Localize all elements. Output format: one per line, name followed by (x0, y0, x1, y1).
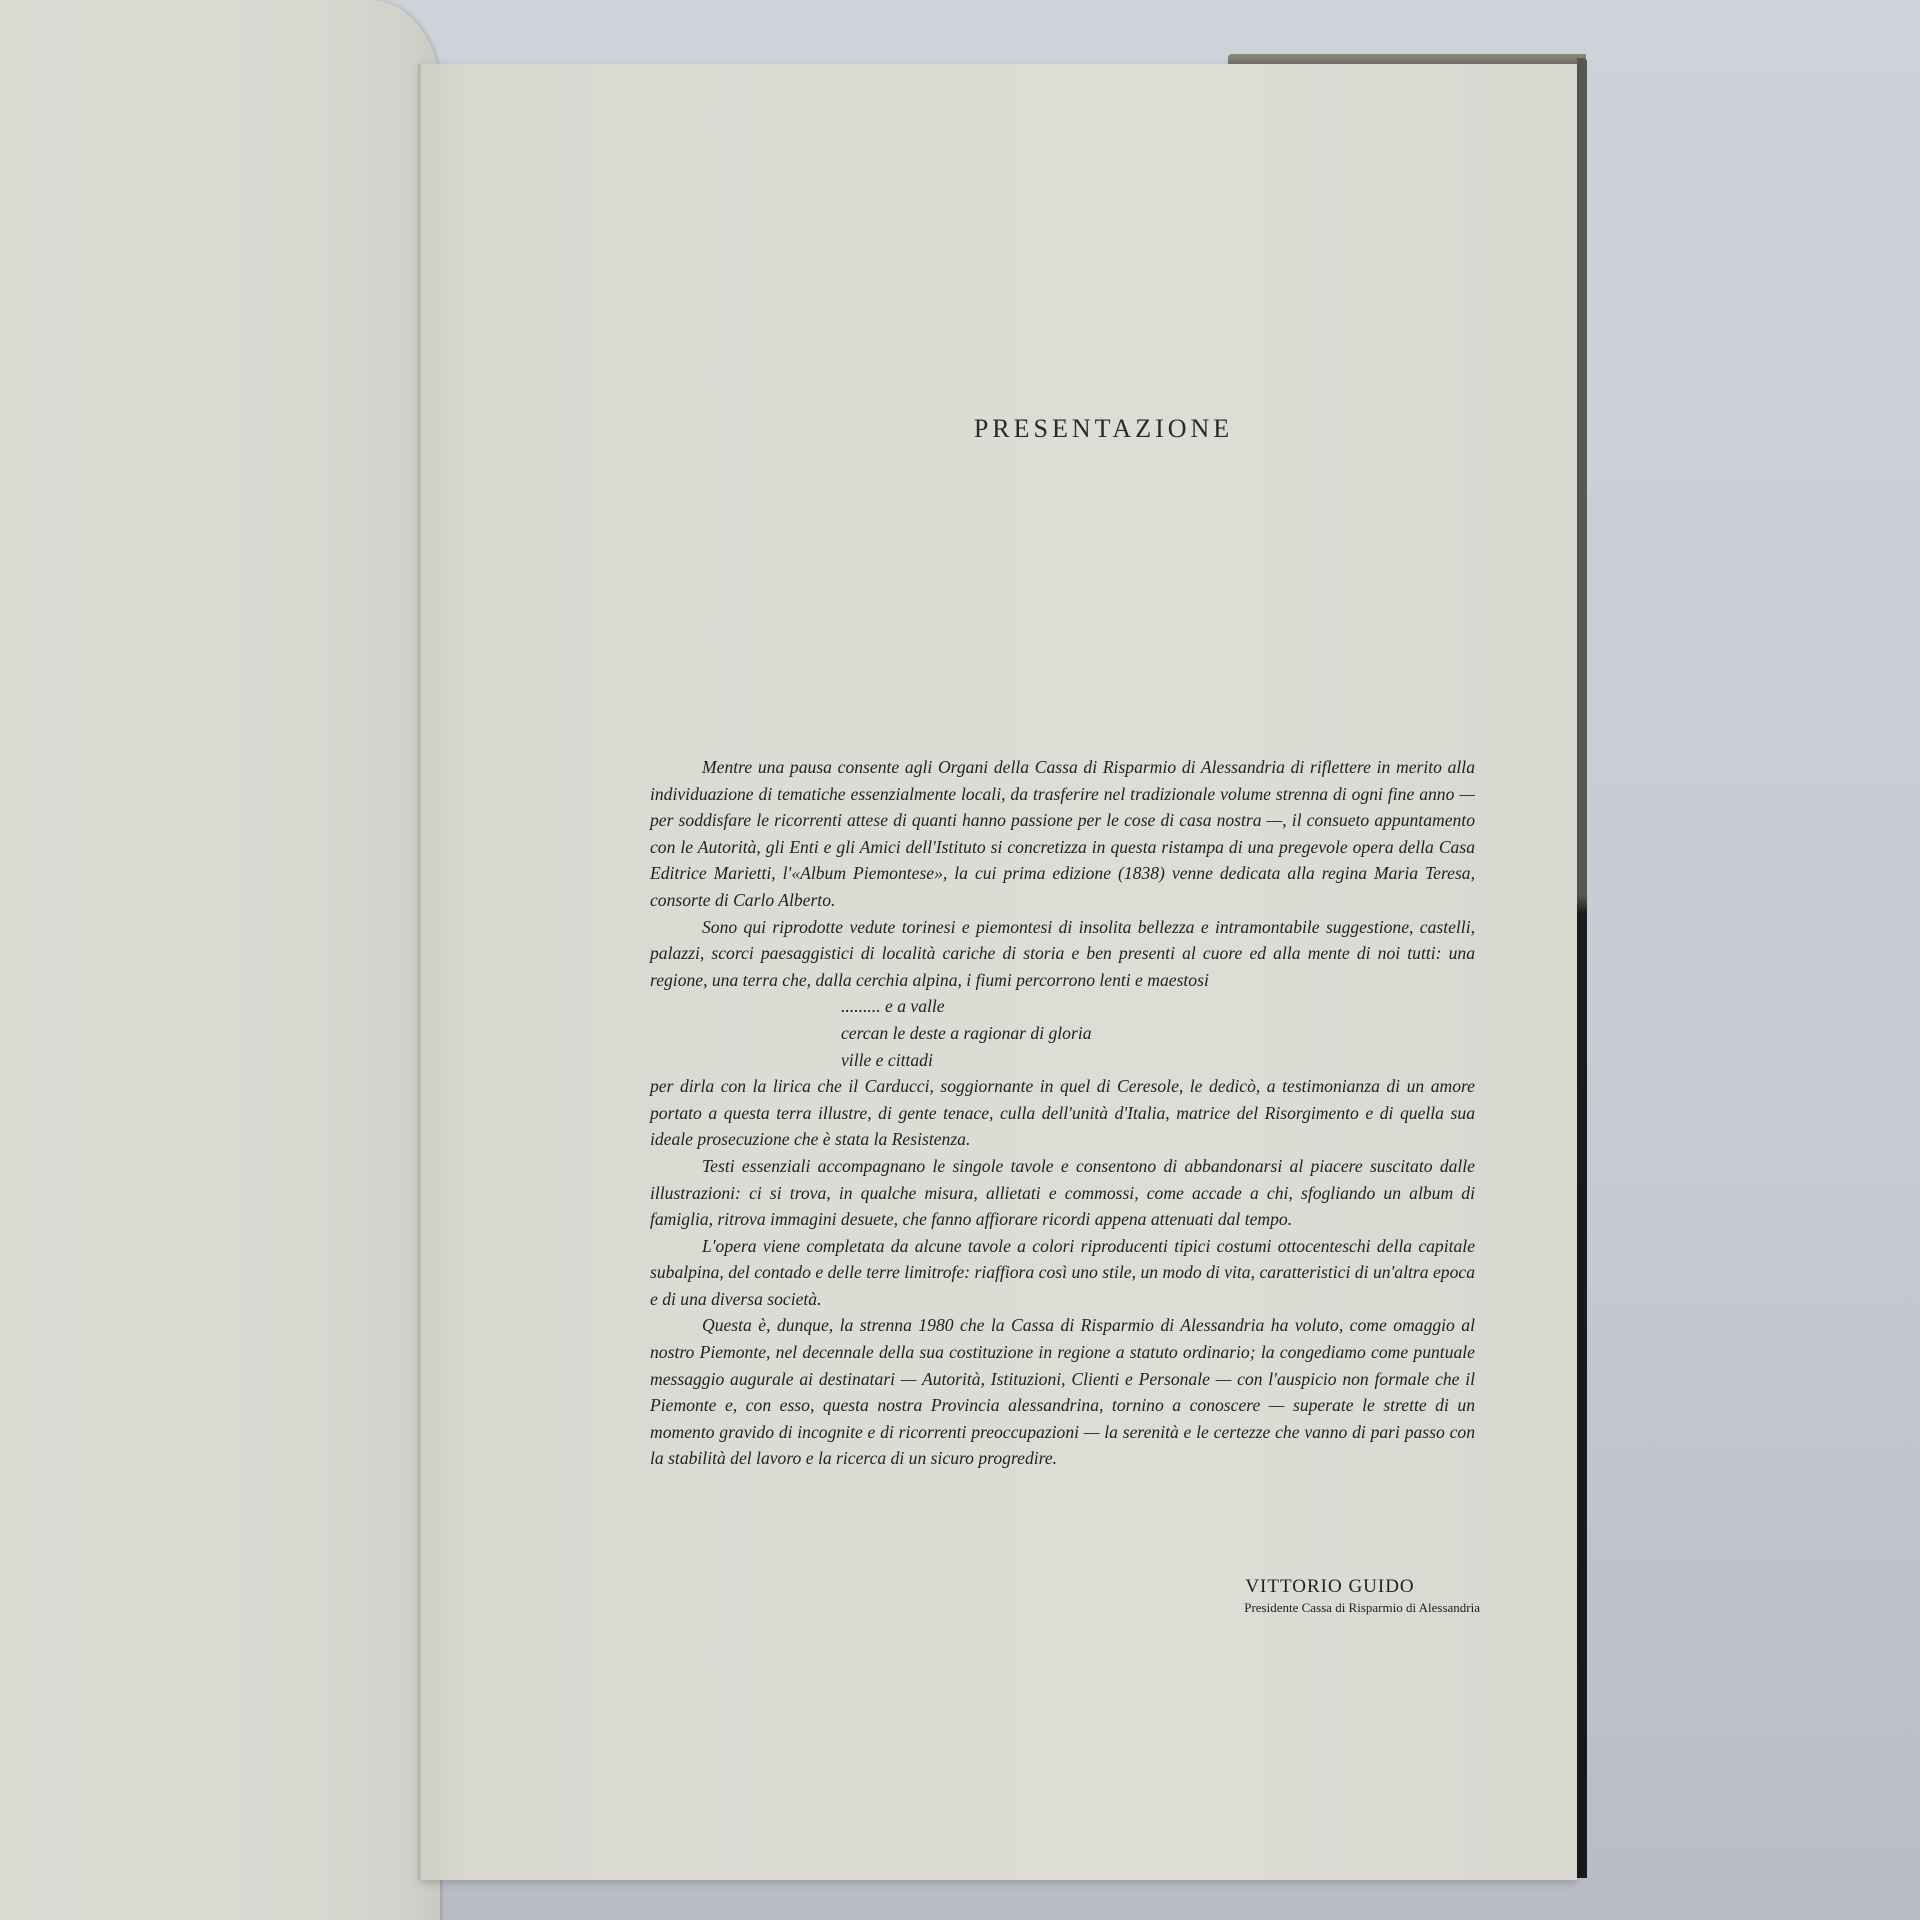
signatory-name: VITTORIO GUIDO (1040, 1576, 1480, 1598)
paragraph-3: Testi essenziali accompagnano le singole… (650, 1153, 1475, 1233)
right-page: PRESENTAZIONE Mentre una pausa consente … (420, 64, 1577, 1880)
signature-block: VITTORIO GUIDO Presidente Cassa di Rispa… (1040, 1576, 1480, 1616)
page-title: PRESENTAZIONE (420, 414, 1577, 444)
presentation-body: Mentre una pausa consente agli Organi de… (650, 754, 1475, 1472)
paragraph-4: L'opera viene completata da alcune tavol… (650, 1233, 1475, 1313)
paragraph-5: Questa è, dunque, la strenna 1980 che la… (650, 1312, 1475, 1472)
left-facing-page (0, 0, 440, 1920)
paragraph-2: Sono qui riprodotte vedute torinesi e pi… (650, 914, 1475, 994)
verse-line: ......... e a valle (841, 993, 1475, 1020)
verse-line: cercan le deste a ragionar di gloria (841, 1020, 1475, 1047)
carducci-verse-quote: ......... e a valle cercan le deste a ra… (650, 993, 1475, 1073)
signatory-role: Presidente Cassa di Risparmio di Alessan… (1040, 1600, 1480, 1616)
paragraph-1: Mentre una pausa consente agli Organi de… (650, 754, 1475, 914)
book-gutter (418, 64, 421, 1880)
book-cover-right-edge (1577, 58, 1587, 1878)
verse-line: ville e cittadi (841, 1047, 1475, 1074)
paragraph-2-continued: per dirla con la lirica che il Carducci,… (650, 1073, 1475, 1153)
